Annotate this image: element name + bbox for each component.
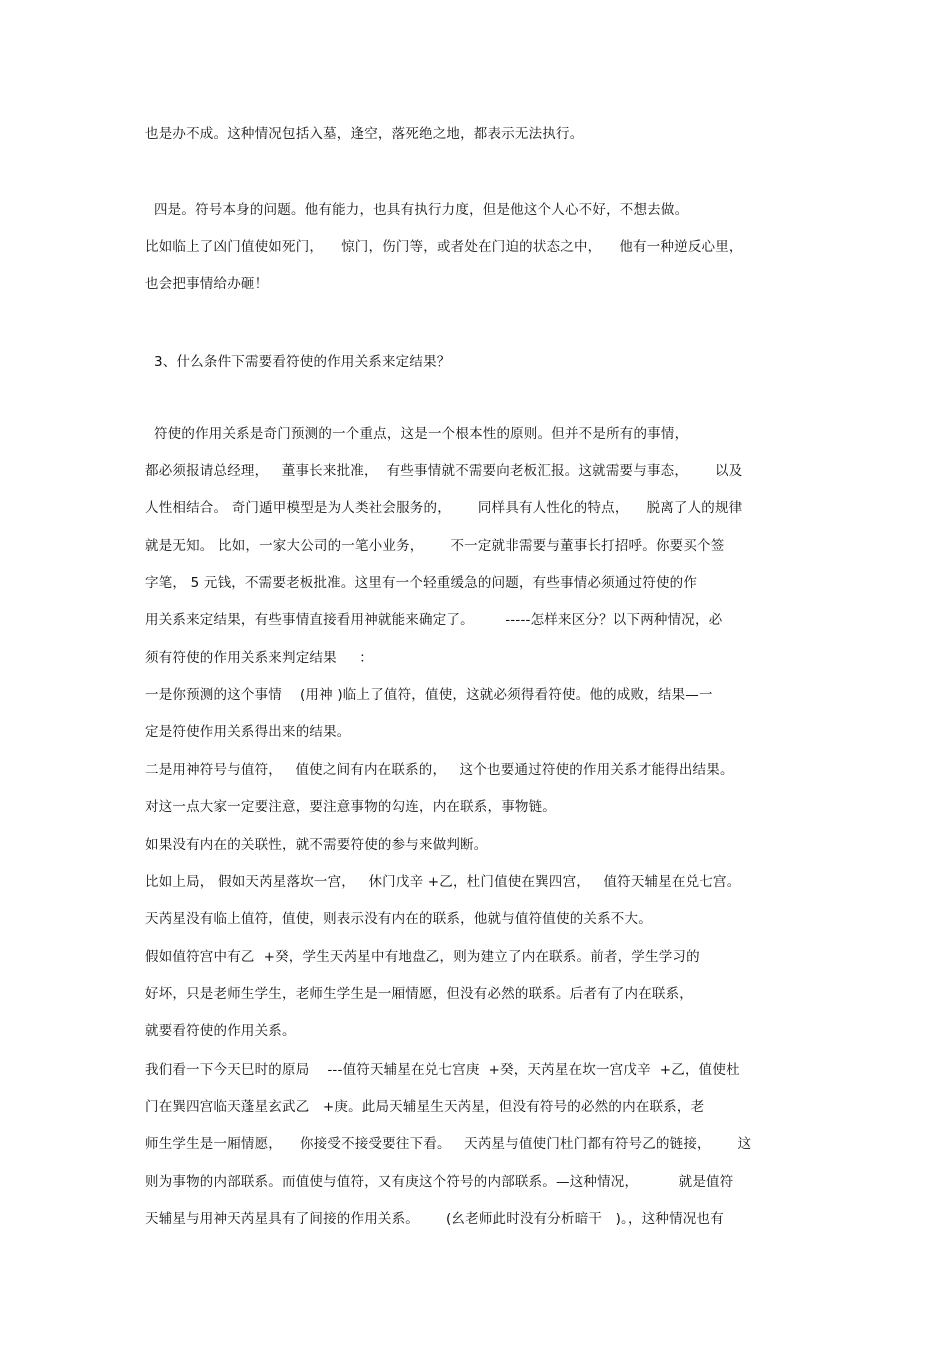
text-line: 都必须报请总经理， 董事长来批准， 有些事情就不需要向老板汇报。这就需要与事态，… — [145, 462, 742, 480]
text-line: 比如临上了凶门值使如死门， 惊门，伤门等，或者处在门迫的状态之中， 他有一种逆反… — [145, 238, 743, 256]
text-line: 我们看一下今天巳时的原局 ---值符天辅星在兑七宫庚 +癸，天芮星在坎一宫戊辛 … — [145, 1061, 740, 1079]
text-line: 符使的作用关系是奇门预测的一个重点，这是一个根本性的原则。但并不是所有的事情， — [145, 425, 688, 443]
text-line: 四是。符号本身的问题。他有能力，也具有执行力度，但是他这个人心不好，不想去做。 — [145, 201, 688, 219]
text-line: 如果没有内在的关联性，就不需要符使的参与来做判断。 — [145, 836, 488, 854]
text-line: 二是用神符号与值符， 值使之间有内在联系的， 这个也要通过符使的作用关系才能得出… — [145, 761, 734, 779]
text-line: 比如上局， 假如天芮星落坎一宫， 休门戊辛 +乙，杜门值使在巽四宫， 值符天辅星… — [145, 873, 740, 891]
text-line: 师生学生是一厢情愿， 你接受不接受要往下看。 天芮星与值使门杜门都有符号乙的链接… — [145, 1135, 751, 1153]
text-line: 假如值符宫中有乙 +癸，学生天芮星中有地盘乙，则为建立了内在联系。前者，学生学习… — [145, 948, 700, 966]
text-line: 对这一点大家一定要注意，要注意事物的勾连，内在联系，事物链。 — [145, 798, 556, 816]
text-line: 定是符使作用关系得出来的结果。 — [145, 723, 351, 741]
text-line: 须有符使的作用关系来判定结果 ： — [145, 649, 373, 667]
text-line: 也是办不成。这种情况包括入墓，逢空，落死绝之地，都表示无法执行。 — [145, 125, 583, 143]
text-line: 字笔， 5 元钱，不需要老板批准。这里有一个轻重缓急的问题，有些事情必须通过符使… — [145, 574, 697, 592]
text-line: 也会把事情给办砸！ — [145, 275, 268, 293]
text-line: 门在巽四宫临天蓬星玄武乙 +庚。此局天辅星生天芮星，但没有符号的必然的内在联系，… — [145, 1098, 704, 1116]
text-line: 用关系来定结果，有些事情直接看用神就能来确定了。 -----怎样来区分？以下两种… — [145, 611, 722, 629]
document-page: 也是办不成。这种情况包括入墓，逢空，落死绝之地，都表示无法执行。 四是。符号本身… — [0, 0, 950, 1345]
text-line: 则为事物的内部联系。而值使与值符，又有庚这个符号的内部联系。—这种情况， 就是值… — [145, 1173, 733, 1191]
section-heading: 3、什么条件下需要看符使的作用关系来定结果？ — [145, 353, 450, 371]
text-line: 人性相结合。 奇门遁甲模型是为人类社会服务的， 同样具有人性化的特点， 脱离了人… — [145, 499, 742, 517]
text-line: 一是你预测的这个事情 (用神 )临上了值符，值使，这就必须得看符使。他的成败，结… — [145, 686, 713, 704]
text-line: 天辅星与用神天芮星具有了间接的作用关系。 (幺老师此时没有分析暗干 )。，这种情… — [145, 1210, 724, 1228]
text-line: 就是无知。 比如，一家大公司的一笔小业务， 不一定就非需要与董事长打招呼。你要买… — [145, 537, 724, 555]
text-line: 好坏，只是老师生学生，老师生学生是一厢情愿，但没有必然的联系。后者有了内在联系， — [145, 985, 693, 1003]
text-line: 就要看符使的作用关系。 — [145, 1022, 296, 1040]
text-line: 天芮星没有临上值符，值使，则表示没有内在的联系，他就与值符值使的关系不大。 — [145, 910, 652, 928]
